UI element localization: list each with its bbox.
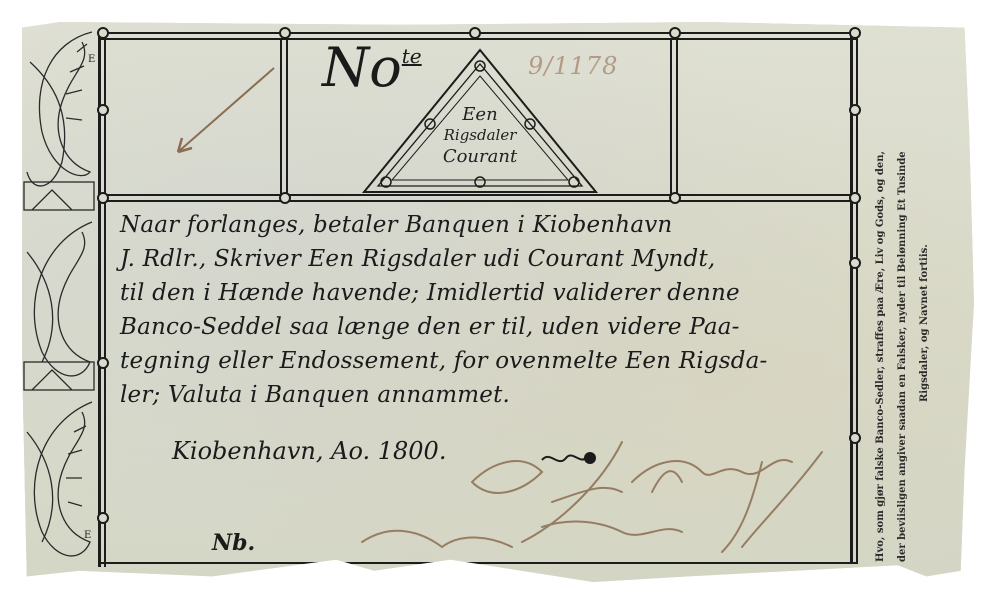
nb-mark: Nb. <box>212 530 255 556</box>
frame-knot <box>97 512 109 524</box>
promise-line-6: ler; Valuta i Banquen annammet. <box>120 378 850 412</box>
frame-knot <box>849 432 861 444</box>
frame-knot <box>669 27 681 39</box>
top-panel-divider-2 <box>670 38 672 196</box>
frame-knot <box>97 104 109 116</box>
frame-knot <box>97 192 109 204</box>
frame-knot <box>849 104 861 116</box>
handwritten-signatures <box>322 422 842 562</box>
frame-knot <box>849 257 861 269</box>
frame-top-inner <box>98 38 858 40</box>
frame-knot <box>97 27 109 39</box>
triangle-text-courant: Courant <box>360 146 600 167</box>
handwritten-arrow-icon <box>162 62 282 162</box>
top-panel-divider-1b <box>286 38 288 196</box>
left-acanthus-ornament <box>22 22 100 582</box>
frame-knot <box>97 357 109 369</box>
frame-mid-lower <box>98 200 858 202</box>
promise-line-1: Naar forlanges, betaler Banquen i Kioben… <box>120 208 850 242</box>
counterfeit-warning: Hvo, som gjør falske Banco-Sedler, straf… <box>864 42 959 562</box>
banknote: E E Note 9/1178 <box>22 22 974 582</box>
top-panel-divider-2b <box>676 38 678 196</box>
frame-knot <box>849 27 861 39</box>
promise-line-4: Banco-Seddel saa længe den er til, uden … <box>120 310 850 344</box>
triangle-text-rigsdaler: Rigsdaler <box>360 126 600 144</box>
frame-bottom <box>98 562 858 564</box>
promise-line-2: J. Rdlr., Skriver Een Rigsdaler udi Cour… <box>120 242 850 276</box>
triangle-text-een: Een <box>360 104 600 125</box>
warning-line-2: der beviisligen angiver saadan en Falske… <box>897 151 908 562</box>
warning-line-3: Rigsdaler, og Navnet fortiis. <box>919 244 930 402</box>
frame-knot <box>279 192 291 204</box>
promise-line-3: til den i Hænde havende; Imidlertid vali… <box>120 276 850 310</box>
frame-knot <box>669 192 681 204</box>
corner-letter-top: E <box>88 54 95 65</box>
frame-knot <box>279 27 291 39</box>
corner-letter-bottom: E <box>84 530 91 541</box>
promise-line-5: tegning eller Endossement, for ovenmelte… <box>120 344 850 378</box>
promise-text: Naar forlanges, betaler Banquen i Kioben… <box>120 208 850 412</box>
frame-knot <box>849 192 861 204</box>
frame-knot <box>469 27 481 39</box>
denomination-triangle: Een Rigsdaler Courant <box>360 46 600 196</box>
warning-line-1: Hvo, som gjør falske Banco-Sedler, straf… <box>875 151 886 562</box>
